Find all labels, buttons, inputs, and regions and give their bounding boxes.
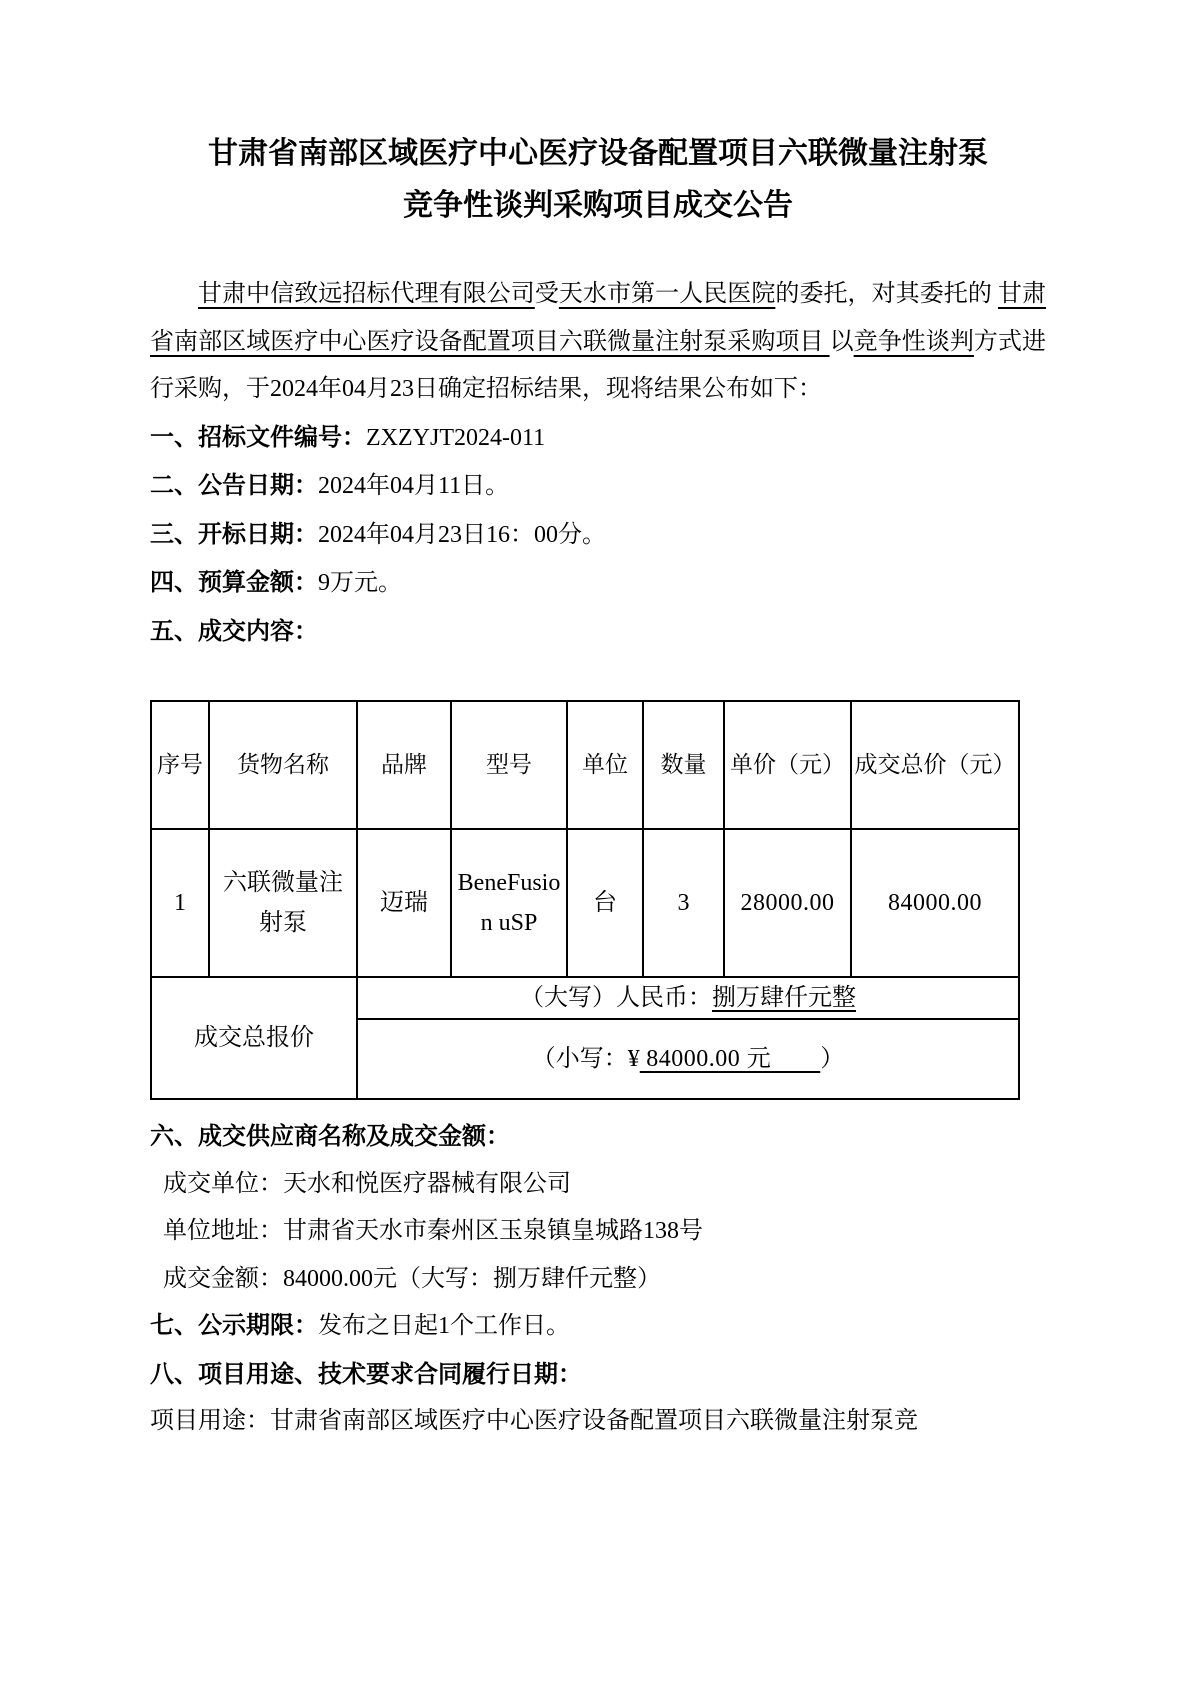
- publicity-label: 七、公示期限：: [150, 1313, 318, 1339]
- intro-hospital-name: 天水市第一人民医院: [559, 281, 776, 307]
- amount-figures-prefix: （小写：¥: [532, 1046, 640, 1072]
- col-header-brand: 品牌: [357, 701, 451, 829]
- supplier-section-heading: 六、成交供应商名称及成交金额：: [150, 1113, 1046, 1161]
- col-header-qty: 数量: [643, 701, 724, 829]
- item-label: 一、招标文件编号：: [150, 424, 366, 451]
- item-open-date: 三、开标日期：2024年04月23日16：00分。: [150, 511, 1046, 560]
- intro-method: 竞争性谈判: [854, 329, 974, 355]
- intro-seg-1: 受: [535, 281, 559, 307]
- usage-section-heading: 八、项目用途、技术要求合同履行日期：: [150, 1351, 1046, 1399]
- item-announce-date: 二、公告日期：2024年04月11日。: [150, 462, 1046, 511]
- col-header-model: 型号: [451, 701, 567, 829]
- item-label: 三、开标日期：: [150, 521, 318, 548]
- cell-seq: 1: [151, 829, 209, 977]
- table-amount-words-row: 成交总报价 （大写）人民币：捌万肆仟元整: [151, 977, 1019, 1019]
- cell-unit-price: 28000.00: [724, 829, 851, 977]
- col-header-seq: 序号: [151, 701, 209, 829]
- col-header-goods-name: 货物名称: [209, 701, 357, 829]
- col-header-unit: 单位: [567, 701, 643, 829]
- item-label: 五、成交内容：: [150, 618, 318, 645]
- table-header-row: 序号 货物名称 品牌 型号 单位 数量 单价（元） 成交总价（元）: [151, 701, 1019, 829]
- cell-goods-name: 六联微量注射泵: [209, 829, 357, 977]
- cell-unit: 台: [567, 829, 643, 977]
- item-value: 2024年04月11日。: [318, 473, 509, 499]
- document-page: 甘肃省南部区域医疗中心医疗设备配置项目六联微量注射泵 竞争性谈判采购项目成交公告…: [150, 0, 1046, 1446]
- supplier-address-line: 单位地址：甘肃省天水市秦州区玉泉镇皇城路138号: [150, 1208, 1046, 1256]
- item-label: 四、预算金额：: [150, 569, 318, 596]
- item-tender-doc-no: 一、招标文件编号：ZXZYJT2024-011: [150, 414, 1046, 463]
- supplier-amount-line: 成交金额：84000.00元（大写：捌万肆仟元整）: [150, 1256, 1046, 1304]
- publicity-value: 发布之日起1个工作日。: [318, 1313, 570, 1339]
- page-title-line2: 竞争性谈判采购项目成交公告: [150, 180, 1046, 232]
- award-table: 序号 货物名称 品牌 型号 单位 数量 单价（元） 成交总价（元） 1 六联微量…: [150, 700, 1020, 1100]
- item-value: 2024年04月23日16：00分。: [318, 522, 606, 548]
- page-title-line1: 甘肃省南部区域医疗中心医疗设备配置项目六联微量注射泵: [150, 128, 1046, 180]
- intro-seg-3: 的委托，对其委托的: [775, 281, 998, 307]
- page-title: 甘肃省南部区域医疗中心医疗设备配置项目六联微量注射泵 竞争性谈判采购项目成交公告: [150, 128, 1046, 232]
- table-data-row: 1 六联微量注射泵 迈瑞 BeneFusion uSP 台 3 28000.00…: [151, 829, 1019, 977]
- item-label: 二、公告日期：: [150, 472, 318, 499]
- usage-line: 项目用途：甘肃省南部区域医疗中心医疗设备配置项目六联微量注射泵竞: [150, 1398, 1046, 1446]
- cell-model: BeneFusion uSP: [451, 829, 567, 977]
- intro-paragraph: 甘肃中信致远招标代理有限公司受天水市第一人民医院的委托，对其委托的 甘肃省南部区…: [150, 271, 1046, 414]
- col-header-unit-price: 单价（元）: [724, 701, 851, 829]
- amount-figures-value: 84000.00 元: [640, 1046, 821, 1072]
- item-value: 9万元。: [318, 570, 402, 596]
- amount-figures-cell: （小写：¥ 84000.00 元 ）: [357, 1019, 1019, 1099]
- item-award-content: 五、成交内容：: [150, 608, 1046, 657]
- amount-words-prefix: （大写）人民币：: [520, 985, 712, 1011]
- intro-seg-5: 以: [830, 329, 854, 355]
- supplier-company-line: 成交单位：天水和悦医疗器械有限公司: [150, 1161, 1046, 1209]
- item-value: ZXZYJT2024-011: [366, 425, 545, 451]
- cell-total-price: 84000.00: [851, 829, 1019, 977]
- publicity-period-line: 七、公示期限：发布之日起1个工作日。: [150, 1303, 1046, 1351]
- amount-words-value: 捌万肆仟元整: [712, 985, 856, 1011]
- amount-figures-suffix: ）: [820, 1046, 844, 1072]
- item-budget: 四、预算金额：9万元。: [150, 559, 1046, 608]
- cell-qty: 3: [643, 829, 724, 977]
- cell-brand: 迈瑞: [357, 829, 451, 977]
- intro-agency-name: 甘肃中信致远招标代理有限公司: [198, 281, 535, 307]
- col-header-total-price: 成交总价（元）: [851, 701, 1019, 829]
- total-quote-label-cell: 成交总报价: [151, 977, 357, 1099]
- amount-words-cell: （大写）人民币：捌万肆仟元整: [357, 977, 1019, 1019]
